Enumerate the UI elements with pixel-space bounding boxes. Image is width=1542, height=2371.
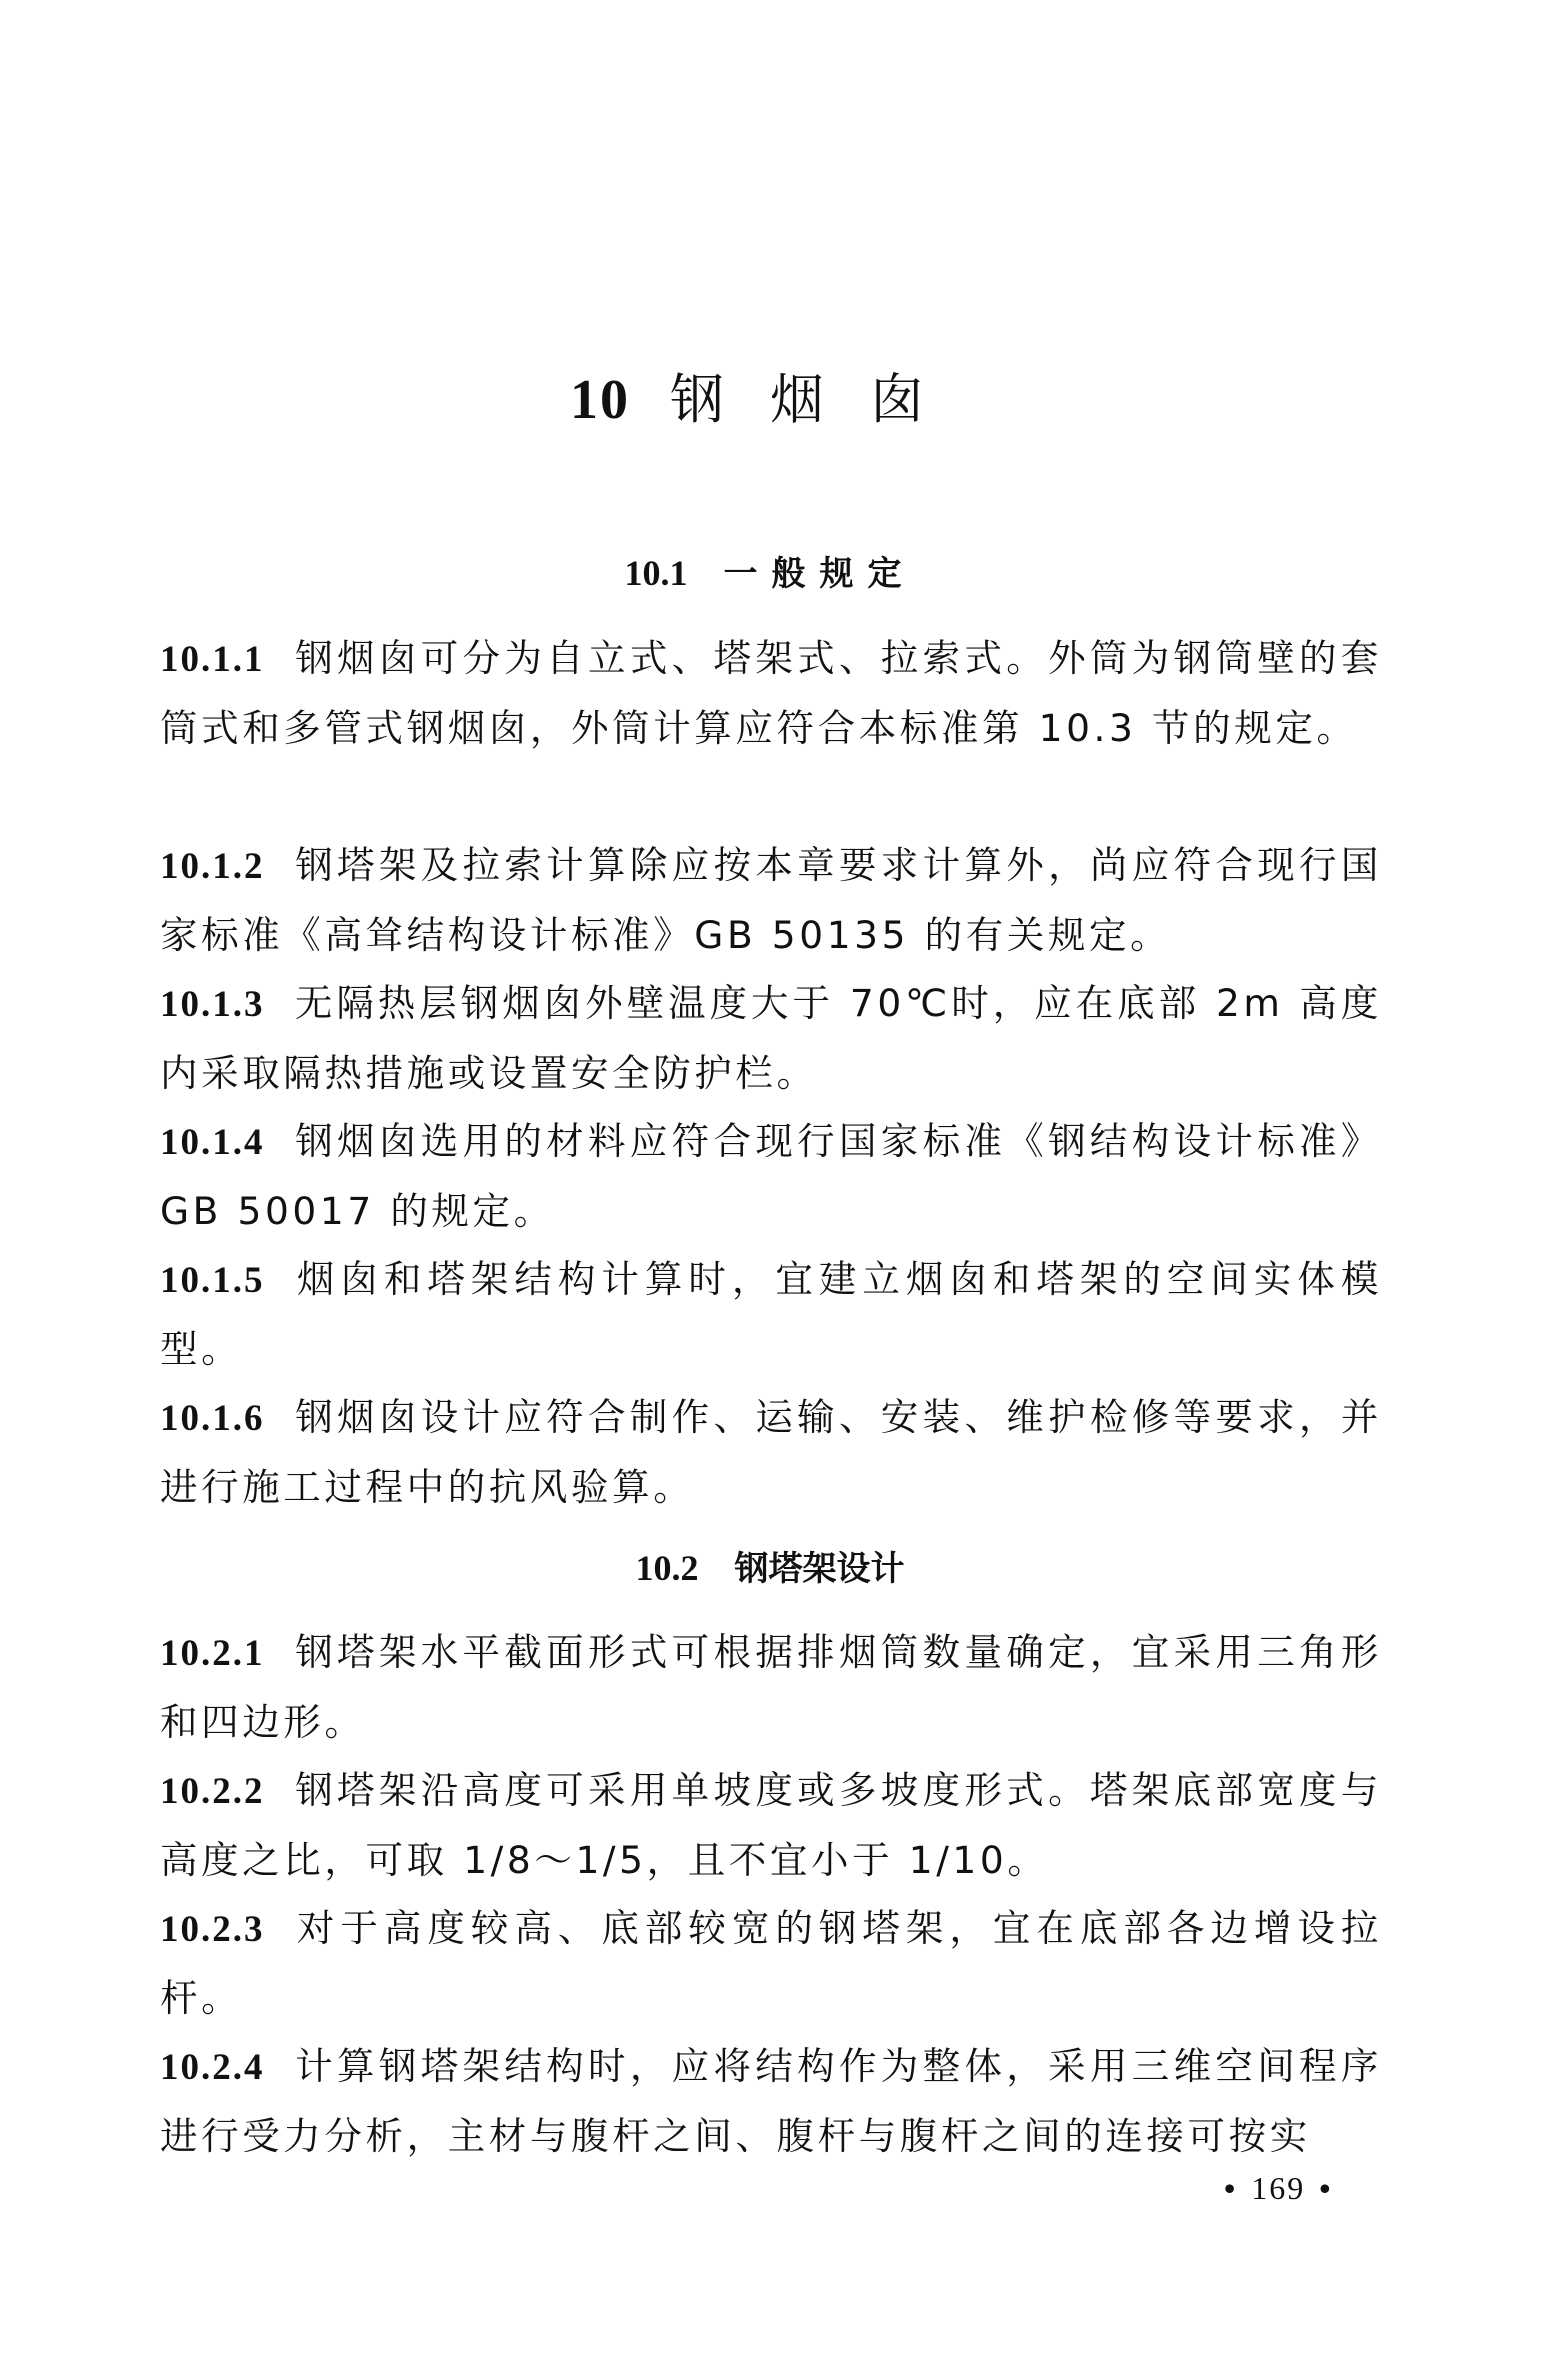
clause-text: 钢烟囱设计应符合制作、运输、安装、维护检修等要求，并进行施工过程中的抗风验算。 [160, 1395, 1382, 1509]
clause-10-1-3: 10.1.3无隔热层钢烟囱外壁温度大于 70℃时，应在底部 2m 高度内采取隔热… [160, 969, 1382, 1108]
clause-number: 10.1.4 [160, 1122, 265, 1163]
clause-10-2-4: 10.2.4计算钢塔架结构时，应将结构作为整体，采用三维空间程序进行受力分析，主… [160, 2032, 1382, 2171]
chapter-heading: 10钢烟囱 [160, 360, 1380, 440]
page-number: •169• [1210, 2170, 1346, 2207]
chapter-number: 10 [570, 369, 630, 431]
page-number-value: 169 [1251, 2170, 1305, 2206]
clause-number: 10.1.2 [160, 846, 265, 887]
section-number: 10.2 [636, 1548, 699, 1588]
clause-10-2-1: 10.2.1钢塔架水平截面形式可根据排烟筒数量确定，宜采用三角形和四边形。 [160, 1618, 1382, 1757]
clause-number: 10.1.1 [160, 639, 265, 680]
clause-10-2-3: 10.2.3对于高度较高、底部较宽的钢塔架，宜在底部各边增设拉杆。 [160, 1894, 1382, 2033]
section-number: 10.1 [625, 553, 688, 593]
clause-text: 计算钢塔架结构时，应将结构作为整体，采用三维空间程序进行受力分析，主材与腹杆之间… [160, 2044, 1382, 2158]
section-title-text: 钢塔架设计 [735, 1549, 905, 1589]
clause-10-1-4: 10.1.4钢烟囱选用的材料应符合现行国家标准《钢结构设计标准》GB 50017… [160, 1107, 1382, 1246]
clause-10-1-6: 10.1.6钢烟囱设计应符合制作、运输、安装、维护检修等要求，并进行施工过程中的… [160, 1383, 1382, 1522]
document-page: 10钢烟囱 10.1一般规定 10.1.1钢烟囱可分为自立式、塔架式、拉索式。外… [160, 0, 1380, 2371]
clause-text: 钢塔架沿高度可采用单坡度或多坡度形式。塔架底部宽度与高度之比，可取 1/8～1/… [160, 1768, 1382, 1882]
bullet-right: • [1319, 2170, 1332, 2206]
clause-number: 10.2.4 [160, 2047, 265, 2088]
clause-number: 10.1.3 [160, 984, 265, 1025]
clause-text: 钢烟囱可分为自立式、塔架式、拉索式。外筒为钢筒壁的套筒式和多管式钢烟囱，外筒计算… [160, 636, 1382, 750]
clause-text: 烟囱和塔架结构计算时，宜建立烟囱和塔架的空间实体模型。 [160, 1257, 1382, 1371]
clause-number: 10.2.1 [160, 1633, 265, 1674]
clause-10-1-2: 10.1.2钢塔架及拉索计算除应按本章要求计算外，尚应符合现行国家标准《高耸结构… [160, 831, 1382, 970]
clause-number: 10.2.3 [160, 1909, 265, 1950]
bullet-left: • [1224, 2170, 1237, 2206]
clause-text: 无隔热层钢烟囱外壁温度大于 70℃时，应在底部 2m 高度内采取隔热措施或设置安… [160, 981, 1382, 1095]
clause-number: 10.1.5 [160, 1260, 265, 1301]
section-heading-10-1: 10.1一般规定 [160, 548, 1380, 599]
clause-text: 钢塔架及拉索计算除应按本章要求计算外，尚应符合现行国家标准《高耸结构设计标准》G… [160, 843, 1382, 957]
clause-10-2-2: 10.2.2钢塔架沿高度可采用单坡度或多坡度形式。塔架底部宽度与高度之比，可取 … [160, 1756, 1382, 1895]
clause-10-1-5: 10.1.5烟囱和塔架结构计算时，宜建立烟囱和塔架的空间实体模型。 [160, 1245, 1382, 1384]
clause-10-1-1: 10.1.1钢烟囱可分为自立式、塔架式、拉索式。外筒为钢筒壁的套筒式和多管式钢烟… [160, 624, 1382, 763]
clause-number: 10.1.6 [160, 1398, 265, 1439]
chapter-title-text: 钢烟囱 [670, 368, 970, 431]
section-title-text: 一般规定 [724, 554, 916, 594]
clause-text: 钢塔架水平截面形式可根据排烟筒数量确定，宜采用三角形和四边形。 [160, 1630, 1382, 1744]
section-heading-10-2: 10.2钢塔架设计 [160, 1543, 1380, 1594]
clause-number: 10.2.2 [160, 1771, 265, 1812]
clause-text: 钢烟囱选用的材料应符合现行国家标准《钢结构设计标准》GB 50017 的规定。 [160, 1119, 1382, 1233]
clause-text: 对于高度较高、底部较宽的钢塔架，宜在底部各边增设拉杆。 [160, 1906, 1382, 2020]
